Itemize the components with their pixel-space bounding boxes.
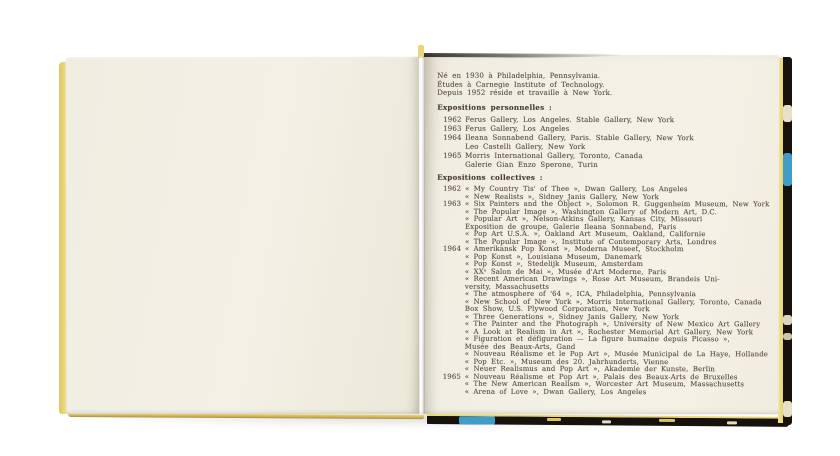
exhibition-year: 1963	[443, 125, 465, 134]
cover-art-spot	[783, 105, 792, 122]
exhibition-row: 1964Ileana Sonnabend Gallery, Paris. Sta…	[437, 134, 771, 153]
exhibition-year: 1965	[443, 152, 465, 161]
exhibition-entry: « Arena of Love », Dwan Gallery, Los Ang…	[465, 388, 771, 396]
cover-art-spot	[783, 333, 792, 340]
artist-bio: Né en 1930 à Philadelphia, Pennsylvania.…	[437, 72, 771, 99]
group-exhibitions-list: 1962« My Country Tis' of Thee », Dwan Ga…	[437, 186, 771, 397]
exhibition-year: 1962	[443, 186, 465, 194]
solo-exhibitions-heading: Expositions personnelles :	[437, 102, 771, 112]
bio-line: Depuis 1952 réside et travaille à New Yo…	[437, 89, 771, 98]
solo-exhibitions-list: 1962Ferus Gallery, Los Angeles. Stable G…	[437, 116, 771, 171]
cover-art-fleck	[602, 420, 611, 423]
exhibition-row: 1965Morris International Gallery, Toront…	[437, 152, 771, 171]
book-gutter	[418, 56, 425, 414]
exhibition-entries: Morris International Gallery, Toronto, C…	[465, 152, 771, 171]
cover-art-blue-patch	[459, 416, 495, 424]
page-top-shadow	[424, 53, 624, 58]
cover-art-blue-spot	[783, 153, 792, 186]
exhibition-entries: Ileana Sonnabend Gallery, Paris. Stable …	[465, 134, 771, 153]
exhibition-entries: « Amerikansk Pop Konst », Moderna Museet…	[465, 246, 771, 374]
group-exhibitions-heading: Expositions collectives :	[437, 172, 771, 182]
exhibition-year: 1964	[443, 246, 465, 254]
cover-art-spot	[783, 401, 792, 417]
bio-line: Né en 1930 à Philadelphia, Pennsylvania.	[437, 72, 771, 81]
exhibition-entry: Galerie Gian Enzo Sperone, Turin	[465, 161, 771, 171]
exhibition-row: 1963« Six Painters and the Object », Sol…	[437, 201, 771, 247]
exhibition-row: 1965« Nouveau Réalisme et Pop Art », Pal…	[437, 373, 771, 396]
cover-art-spot	[783, 315, 792, 325]
exhibition-year: 1965	[443, 373, 465, 381]
exhibition-year: 1962	[443, 116, 465, 125]
exhibition-entries: « Six Painters and the Object », Solomon…	[465, 201, 771, 247]
exhibition-year: 1963	[443, 201, 465, 209]
right-page: Né en 1930 à Philadelphia, Pennsylvania.…	[424, 55, 780, 415]
biography-text-block: Né en 1930 à Philadelphia, Pennsylvania.…	[437, 72, 772, 397]
exhibition-entries: « Nouveau Réalisme et Pop Art », Palais …	[465, 373, 771, 396]
cover-art-fleck	[727, 421, 737, 424]
cover-art-fleck	[547, 417, 561, 420]
cover-edge-bottom-right	[427, 414, 789, 427]
open-book-photo: Né en 1930 à Philadelphia, Pennsylvania.…	[0, 0, 840, 456]
exhibition-row: 1964« Amerikansk Pop Konst », Moderna Mu…	[437, 246, 771, 374]
left-page-blank	[66, 57, 420, 415]
cover-edge-right-black	[783, 57, 792, 425]
cover-art-fleck	[659, 418, 675, 421]
exhibition-year: 1964	[443, 134, 465, 143]
